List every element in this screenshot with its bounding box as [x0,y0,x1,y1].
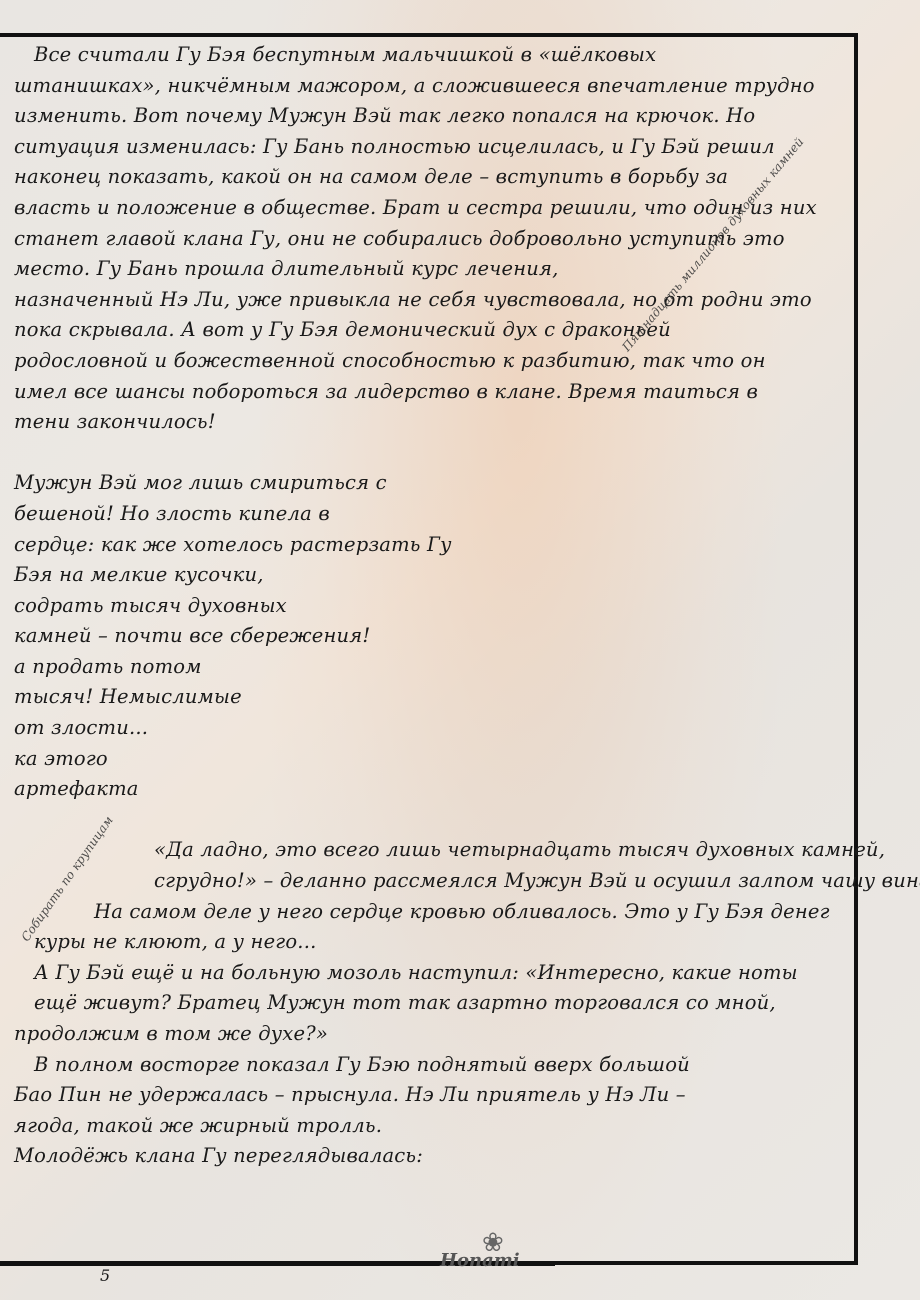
text-line: штанишках», никчёмным мажором, а сложивш… [14,71,920,102]
text-line: артефакта [14,774,920,805]
text-line: место. Гу Бань прошла длительный курс ле… [14,254,920,285]
text-line: содрать тысяч духовных [14,591,920,622]
text-line: продолжим в том же духе?» [14,1019,920,1050]
text-line: тени закончилось! [14,407,920,438]
text-line: родословной и божественной способностью … [14,346,920,377]
text-line: Бао Пин не удержалась – прыснула. Нэ Ли … [14,1080,920,1111]
text-line: пока скрывала. А вот у Гу Бэя демоническ… [14,315,920,346]
text-line: от злости... [14,713,920,744]
text-line: куры не клюют, а у него... [14,927,920,958]
text-line: сгрудно!» – деланно рассмеялся Мужун Вэй… [14,866,920,897]
text-line: изменить. Вот почему Мужун Вэй так легко… [14,101,920,132]
text-line: имел все шансы побороться за лидерство в… [14,377,920,408]
top-rule [0,33,858,37]
text-line: а продать потом [14,652,920,683]
text-line: Молодёжь клана Гу переглядывалась: [14,1141,920,1172]
text-line: власть и положение в обществе. Брат и се… [14,193,920,224]
publisher-logo: Honami [440,1250,520,1271]
text-line: назначенный Нэ Ли, уже привыкла не себя … [14,285,920,316]
left-text-column: Все считали Гу Бэя беспутным мальчишкой … [14,40,920,1172]
text-line: ещё живут? Братец Мужун тот так азартно … [14,988,920,1019]
text-line: сердце: как же хотелось растерзать Гу [14,530,920,561]
text-line: «Да ладно, это всего лишь четырнадцать т… [14,835,920,866]
text-line [14,438,920,469]
text-line: бешеной! Но злость кипела в [14,499,920,530]
text-line: На самом деле у него сердце кровью облив… [14,897,920,928]
text-line: тысяч! Немыслимые [14,682,920,713]
text-line: Бэя на мелкие кусочки, [14,560,920,591]
text-line: В полном восторге показал Гу Бэю подняты… [14,1050,920,1081]
text-line: Мужун Вэй мог лишь смириться с [14,468,920,499]
text-line: ягода, такой же жирный тролль. [14,1111,920,1142]
text-line: А Гу Бэй ещё и на больную мозоль наступи… [14,958,920,989]
text-line: камней – почти все сбережения! [14,621,920,652]
text-line [14,805,920,836]
text-line: Все считали Гу Бэя беспутным мальчишкой … [14,40,920,71]
page-number: 5 [100,1266,110,1285]
text-line: ка этого [14,744,920,775]
text-line: станет главой клана Гу, они не собиралис… [14,224,920,255]
